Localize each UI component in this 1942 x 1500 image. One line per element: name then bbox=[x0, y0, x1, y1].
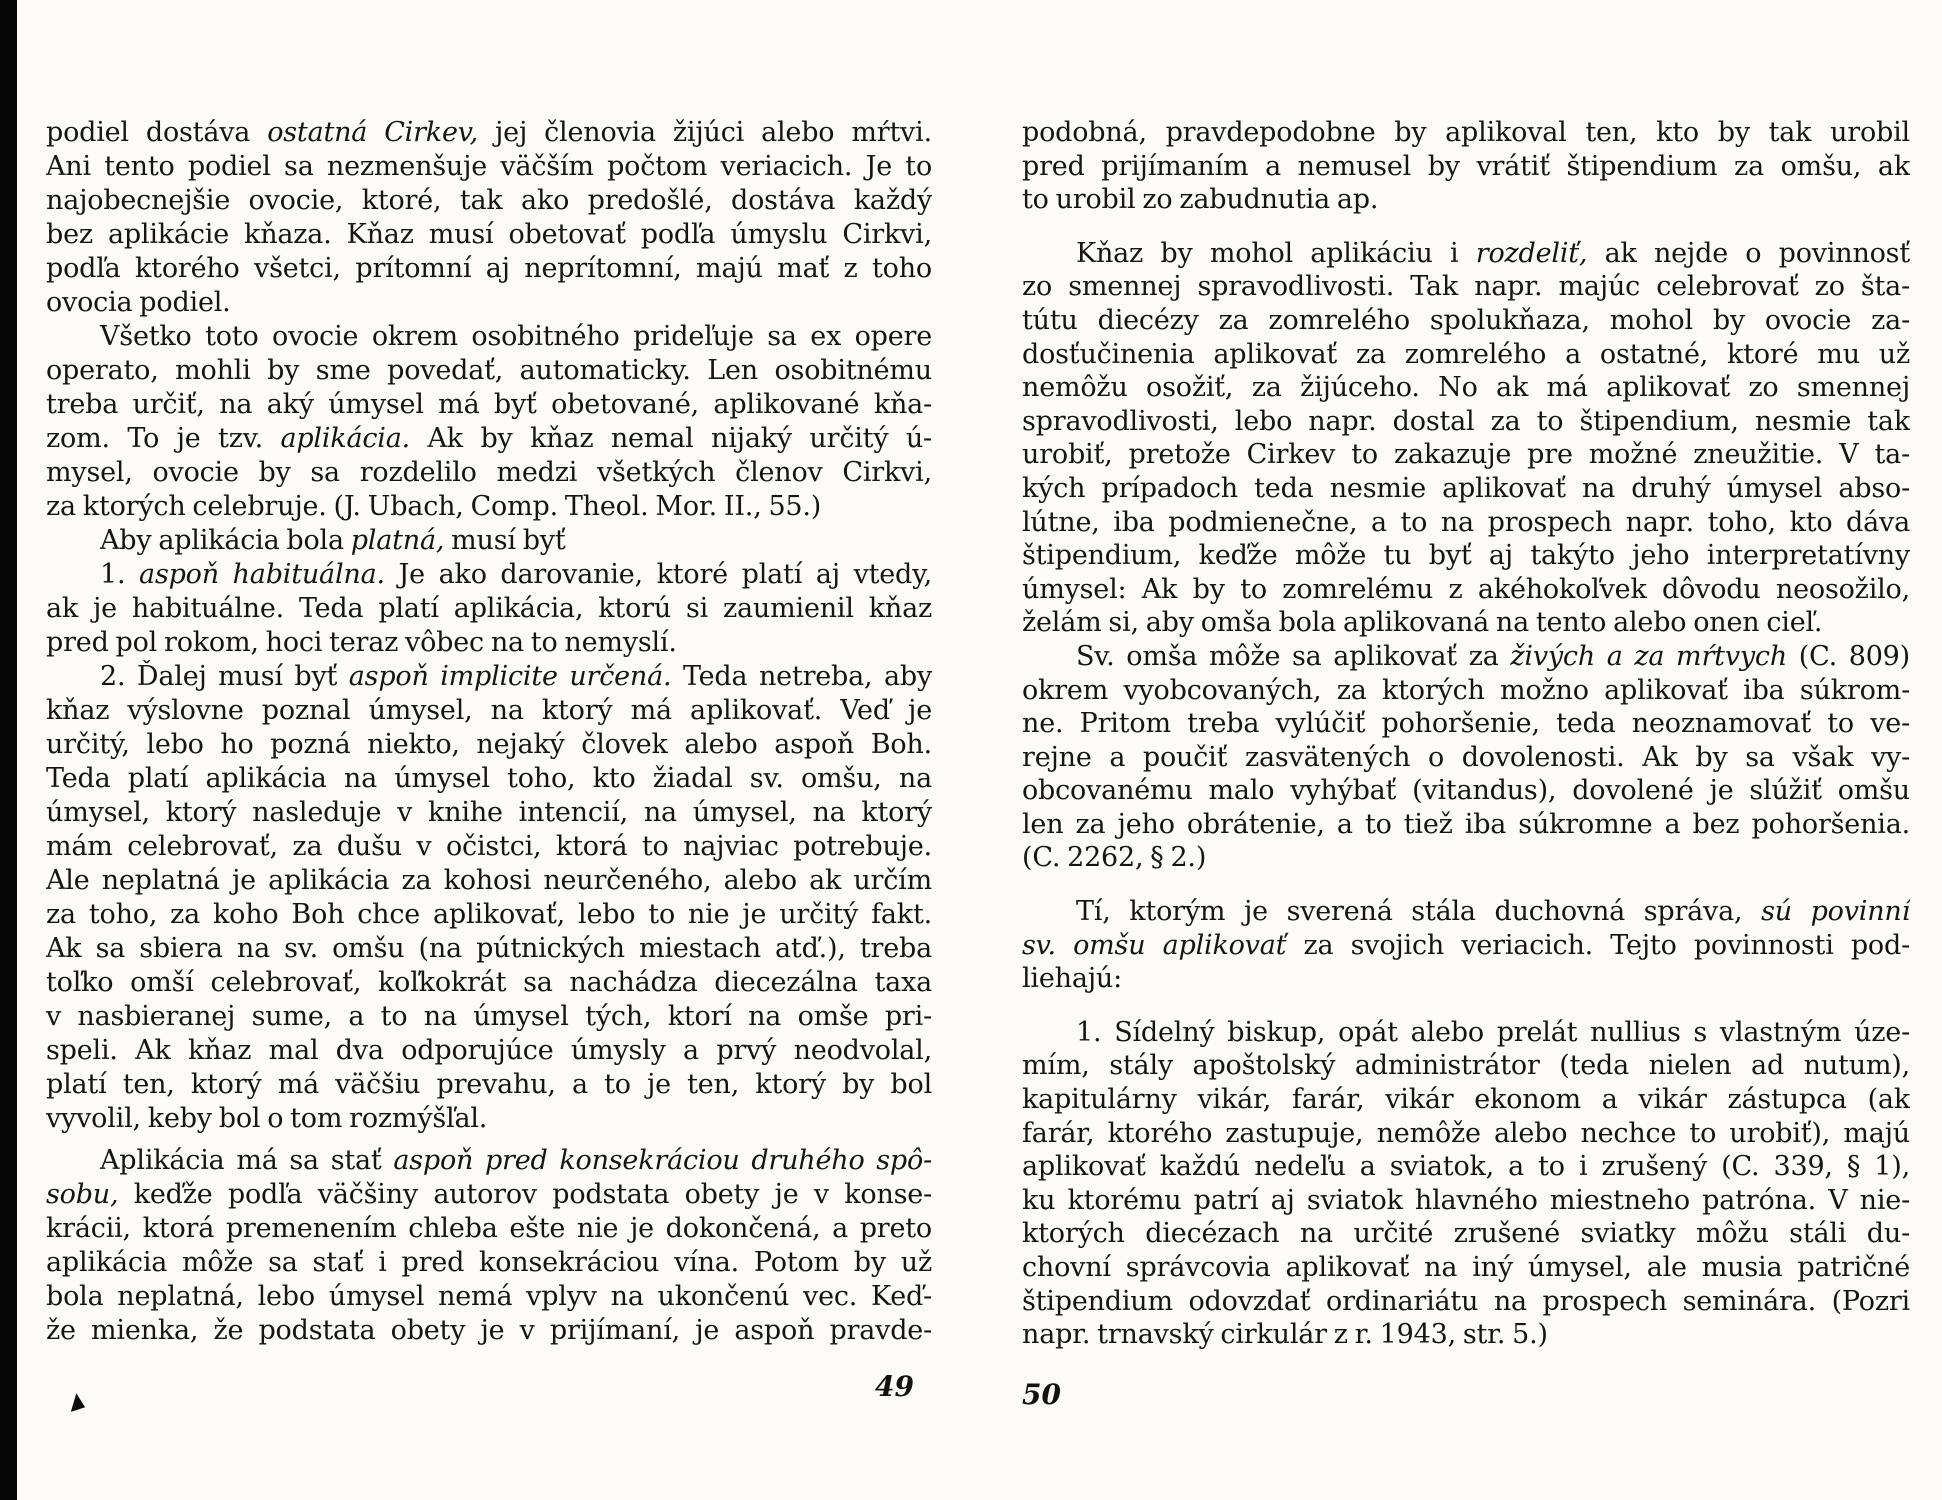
page-number-49: 49 bbox=[856, 1370, 914, 1403]
page-number-50: 50 bbox=[1022, 1378, 1061, 1411]
text-line: Teda platí aplikácia na úmysel toho, kto… bbox=[46, 762, 932, 796]
text-line: ak je habituálne. Teda platí aplikácia, … bbox=[46, 592, 932, 626]
text-line: Ak sa sbiera na sv. omšu (na pútnických … bbox=[46, 932, 932, 966]
italic-segment: aplikácia. bbox=[280, 423, 410, 454]
text-line: tútu diecézy za zomrelého spolukňaza, mo… bbox=[1022, 304, 1910, 338]
text-line: liehajú: bbox=[1022, 962, 1910, 996]
text-line: že mienka, že podstata obety je v prijím… bbox=[46, 1314, 932, 1348]
italic-segment: ostatná Cirkev, bbox=[267, 117, 478, 148]
text-line: aplikácia môže sa stať i pred konsekráci… bbox=[46, 1246, 932, 1280]
text-line: želám si, aby omša bola aplikovaná na te… bbox=[1022, 606, 1910, 640]
ink-smudge-mark bbox=[66, 1392, 85, 1412]
text-line: mysel, ovocie by sa rozdelilo medzi všet… bbox=[46, 456, 932, 490]
paragraph: Kňaz by mohol aplikáciu i rozdeliť, ak n… bbox=[1022, 237, 1910, 640]
text-line: 2. Ďalej musí byť aspoň implicite určená… bbox=[46, 660, 932, 694]
italic-segment: aspoň implicite určená. bbox=[349, 661, 672, 692]
text-line: pred pol rokom, hoci teraz vôbec na to n… bbox=[46, 626, 932, 660]
text-line: úmysel: Ak by to zomrelému z akéhokoľvek… bbox=[1022, 573, 1910, 607]
text-line: bez aplikácie kňaza. Kňaz musí obetovať … bbox=[46, 218, 932, 252]
text-line: 1. Sídelný biskup, opát alebo prelát nul… bbox=[1022, 1016, 1910, 1050]
paragraph: podobná, pravdepodobne by aplikoval ten,… bbox=[1022, 116, 1910, 217]
text-line: Sv. omša môže sa aplikovať za živých a z… bbox=[1022, 640, 1910, 674]
text-line: podľa ktorého všetci, prítomní aj neprít… bbox=[46, 252, 932, 286]
paragraph: 2. Ďalej musí byť aspoň implicite určená… bbox=[46, 660, 932, 1136]
text-line: mám celebrovať, za dušu v očistci, ktorá… bbox=[46, 830, 932, 864]
text-line: obcovanému malo vyhýbať (vitandus), dovo… bbox=[1022, 774, 1910, 808]
text-line: urobiť, pretože Cirkev to zakazuje pre m… bbox=[1022, 438, 1910, 472]
text-line: to urobil zo zabudnutia ap. bbox=[1022, 183, 1910, 217]
italic-segment: aspoň pred konsekráciou druhého spô- bbox=[393, 1145, 932, 1176]
paragraph: podiel dostáva ostatná Cirkev, jej členo… bbox=[46, 116, 932, 320]
text-line: bola neplatná, lebo úmysel nemá vplyv na… bbox=[46, 1280, 932, 1314]
text-line: určitý, lebo ho pozná niekto, nejaký člo… bbox=[46, 728, 932, 762]
text-line: okrem vyobcovaných, za ktorých možno apl… bbox=[1022, 674, 1910, 708]
text-line: farár, ktorého zastupuje, nemôže alebo n… bbox=[1022, 1117, 1910, 1151]
text-line: platí ten, ktorý má väčšiu prevahu, a to… bbox=[46, 1068, 932, 1102]
text-line: ktorých diecézach na určité zrušené svia… bbox=[1022, 1217, 1910, 1251]
text-line: (C. 2262, § 2.) bbox=[1022, 841, 1910, 875]
text-line: Tí, ktorým je sverená stála duchovná spr… bbox=[1022, 895, 1910, 929]
text-line: zom. To je tzv. aplikácia. Ak by kňaz ne… bbox=[46, 422, 932, 456]
text-line: Ani tento podiel sa nezmenšuje väčším po… bbox=[46, 150, 932, 184]
text-line: sv. omšu aplikovať za svojich veriacich.… bbox=[1022, 929, 1910, 963]
text-line: dosťučinenia aplikovať za zomrelého a os… bbox=[1022, 338, 1910, 372]
text-line: nemôžu osožiť, za žijúceho. No ak má apl… bbox=[1022, 371, 1910, 405]
scan-edge-bar bbox=[0, 0, 17, 1500]
text-line: 1. aspoň habituálna. Je ako darovanie, k… bbox=[46, 558, 932, 592]
text-line: rejne a poučiť zasvätených o dovolenosti… bbox=[1022, 741, 1910, 775]
paragraph: Aplikácia má sa stať aspoň pred konsekrá… bbox=[46, 1144, 932, 1348]
text-line: podiel dostáva ostatná Cirkev, jej členo… bbox=[46, 116, 932, 150]
text-line: Aplikácia má sa stať aspoň pred konsekrá… bbox=[46, 1144, 932, 1178]
text-line: mím, stály apoštolský administrátor (ted… bbox=[1022, 1049, 1910, 1083]
text-line: napr. trnavský cirkulár z r. 1943, str. … bbox=[1022, 1318, 1910, 1352]
text-line: štipendium, keďže môže tu byť aj takýto … bbox=[1022, 539, 1910, 573]
text-line: Ale neplatná je aplikácia za kohosi neur… bbox=[46, 864, 932, 898]
page-49: podiel dostáva ostatná Cirkev, jej členo… bbox=[46, 116, 932, 1348]
text-line: za ktorých celebruje. (J. Ubach, Comp. T… bbox=[46, 490, 932, 524]
paragraph: Sv. omša môže sa aplikovať za živých a z… bbox=[1022, 640, 1910, 875]
paragraph: 1. Sídelný biskup, opát alebo prelát nul… bbox=[1022, 1016, 1910, 1352]
text-line: zo smennej spravodlivosti. Tak napr. maj… bbox=[1022, 270, 1910, 304]
italic-segment: rozdeliť, bbox=[1476, 238, 1588, 269]
text-line: v nasbieranej sume, a to na úmysel tých,… bbox=[46, 1000, 932, 1034]
text-line: spravodlivosti, lebo napr. dostal za to … bbox=[1022, 405, 1910, 439]
text-line: za toho, za koho Boh chce aplikovať, leb… bbox=[46, 898, 932, 932]
italic-segment: sobu, bbox=[46, 1179, 118, 1210]
italic-segment: platná, bbox=[351, 525, 445, 556]
text-line: podobná, pravdepodobne by aplikoval ten,… bbox=[1022, 116, 1910, 150]
text-line: operato, mohli by sme povedať, automatic… bbox=[46, 354, 932, 388]
text-line: vyvolil, keby bol o tom rozmýšľal. bbox=[46, 1102, 932, 1136]
paragraph: 1. aspoň habituálna. Je ako darovanie, k… bbox=[46, 558, 932, 660]
text-line: aplikovať každú nedeľu a sviatok, a to i… bbox=[1022, 1150, 1910, 1184]
text-line: štipendium odovzdať ordinariátu na prosp… bbox=[1022, 1285, 1910, 1319]
italic-segment: sv. omšu aplikovať bbox=[1022, 930, 1286, 961]
text-line: sobu, keďže podľa väčšiny autorov podsta… bbox=[46, 1178, 932, 1212]
text-line: toľko omší celebrovať, koľkokrát sa nach… bbox=[46, 966, 932, 1000]
text-line: treba určiť, na aký úmysel má byť obetov… bbox=[46, 388, 932, 422]
text-line: Kňaz by mohol aplikáciu i rozdeliť, ak n… bbox=[1022, 237, 1910, 271]
text-line: Aby aplikácia bola platná, musí byť bbox=[46, 524, 932, 558]
text-line: lútne, iba podmienečne, a to na prospech… bbox=[1022, 506, 1910, 540]
text-line: ku ktorému patrí aj sviatok hlavného mie… bbox=[1022, 1184, 1910, 1218]
text-line: úmysel, ktorý nasleduje v knihe intencií… bbox=[46, 796, 932, 830]
page-50: podobná, pravdepodobne by aplikoval ten,… bbox=[1022, 116, 1910, 1352]
italic-segment: sú povinní bbox=[1761, 896, 1910, 927]
text-line: Všetko toto ovocie okrem osobitného prid… bbox=[46, 320, 932, 354]
text-line: chovní správcovia aplikovať na iný úmyse… bbox=[1022, 1251, 1910, 1285]
text-line: kapitulárny vikár, farár, vikár ekonom a… bbox=[1022, 1083, 1910, 1117]
text-line: pred prijímaním a nemusel by vrátiť štip… bbox=[1022, 150, 1910, 184]
italic-segment: živých a za mŕtvych bbox=[1510, 641, 1787, 672]
italic-segment: aspoň habituálna. bbox=[139, 559, 385, 590]
text-line: najobecnejšie ovocie, ktoré, tak ako pre… bbox=[46, 184, 932, 218]
text-line: krácii, ktorá premenením chleba ešte nie… bbox=[46, 1212, 932, 1246]
paragraph: Tí, ktorým je sverená stála duchovná spr… bbox=[1022, 895, 1910, 996]
text-line: ne. Pritom treba vylúčiť pohoršenie, ted… bbox=[1022, 707, 1910, 741]
text-line: kňaz výslovne poznal úmysel, na ktorý má… bbox=[46, 694, 932, 728]
text-line: ovocia podiel. bbox=[46, 286, 932, 320]
paragraph: Aby aplikácia bola platná, musí byť bbox=[46, 524, 932, 558]
text-line: kých prípadoch teda nesmie aplikovať na … bbox=[1022, 472, 1910, 506]
paragraph: Všetko toto ovocie okrem osobitného prid… bbox=[46, 320, 932, 524]
text-line: speli. Ak kňaz mal dva odporujúce úmysly… bbox=[46, 1034, 932, 1068]
text-line: len za jeho obrátenie, a to tiež iba súk… bbox=[1022, 808, 1910, 842]
